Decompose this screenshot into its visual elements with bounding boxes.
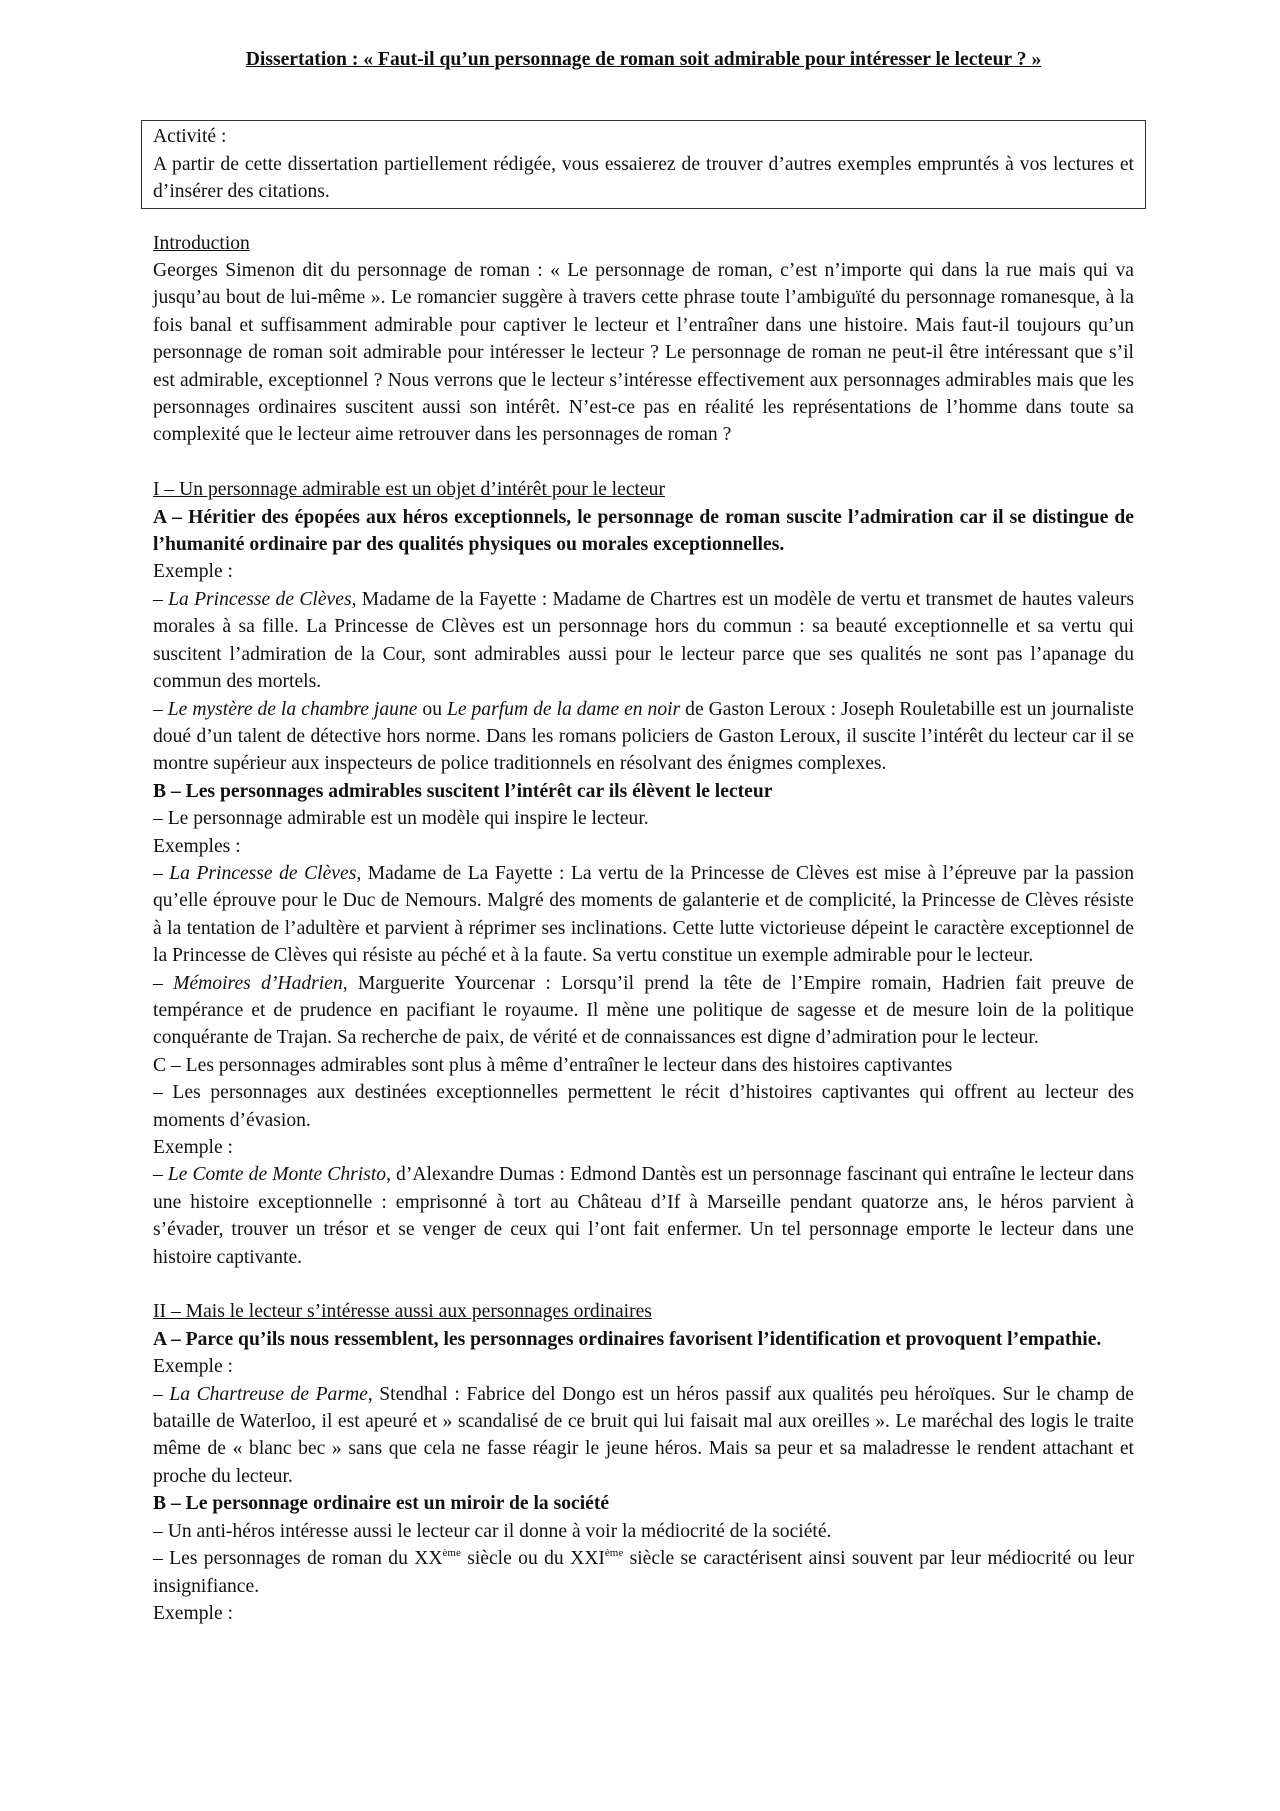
document-page: Dissertation : « Faut-il qu’un personnag… [153, 46, 1134, 1627]
example-label: Exemple : [153, 558, 1134, 585]
introduction-heading: Introduction [153, 230, 1134, 257]
book-title: La Princesse de Clèves [168, 589, 351, 610]
dash: – [153, 1164, 168, 1185]
activity-box: Activité : A partir de cette dissertatio… [141, 120, 1146, 208]
point: – Les personnages de roman du XXème sièc… [153, 1545, 1134, 1600]
point: – Le personnage admirable est un modèle … [153, 805, 1134, 832]
introduction-text: Georges Simenon dit du personnage de rom… [153, 257, 1134, 449]
dash: – [153, 699, 168, 720]
dash: – [153, 863, 169, 884]
part1-b-heading: B – Les personnages admirables suscitent… [153, 778, 1134, 805]
book-title: La Chartreuse de Parme [169, 1384, 367, 1405]
book-title: La Princesse de Clèves [169, 863, 356, 884]
part2-a-heading: A – Parce qu’ils nous ressemblent, les p… [153, 1326, 1134, 1353]
example-item: – La Princesse de Clèves, Madame de la F… [153, 586, 1134, 696]
activity-label: Activité : [153, 123, 1134, 150]
example-item: – Le mystère de la chambre jaune ou Le p… [153, 696, 1134, 778]
point-text: siècle ou du XXI [461, 1548, 605, 1569]
superscript: ème [443, 1547, 461, 1559]
part1-a-heading: A – Héritier des épopées aux héros excep… [153, 504, 1134, 559]
part2-heading: II – Mais le lecteur s’intéresse aussi a… [153, 1298, 1134, 1325]
dash: – [153, 973, 173, 994]
book-title: Mémoires d’Hadrien [173, 973, 343, 994]
part1-section: I – Un personnage admirable est un objet… [153, 476, 1134, 1271]
book-title: Le mystère de la chambre jaune [168, 699, 418, 720]
activity-text: A partir de cette dissertation partielle… [153, 151, 1134, 206]
connector: ou [417, 699, 447, 720]
introduction-section: Introduction Georges Simenon dit du pers… [153, 230, 1134, 449]
book-title: Le parfum de la dame en noir [447, 699, 680, 720]
book-title: Le Comte de Monte Christo [168, 1164, 386, 1185]
dash: – [153, 589, 168, 610]
point-text: – Les personnages de roman du XX [153, 1548, 443, 1569]
part1-heading: I – Un personnage admirable est un objet… [153, 476, 1134, 503]
example-label: Exemples : [153, 833, 1134, 860]
point: – Les personnages aux destinées exceptio… [153, 1079, 1134, 1134]
part1-c-heading: C – Les personnages admirables sont plus… [153, 1052, 1134, 1079]
example-item: – Mémoires d’Hadrien, Marguerite Yourcen… [153, 970, 1134, 1052]
part2-section: II – Mais le lecteur s’intéresse aussi a… [153, 1298, 1134, 1627]
dash: – [153, 1384, 169, 1405]
example-item: – La Princesse de Clèves, Madame de La F… [153, 860, 1134, 970]
example-label: Exemple : [153, 1353, 1134, 1380]
example-item: – Le Comte de Monte Christo, d’Alexandre… [153, 1161, 1134, 1271]
part2-b-heading: B – Le personnage ordinaire est un miroi… [153, 1490, 1134, 1517]
superscript: ème [605, 1547, 623, 1559]
example-label: Exemple : [153, 1600, 1134, 1627]
example-label: Exemple : [153, 1134, 1134, 1161]
example-item: – La Chartreuse de Parme, Stendhal : Fab… [153, 1381, 1134, 1491]
point: – Un anti-héros intéresse aussi le lecte… [153, 1518, 1134, 1545]
document-title: Dissertation : « Faut-il qu’un personnag… [143, 46, 1144, 73]
